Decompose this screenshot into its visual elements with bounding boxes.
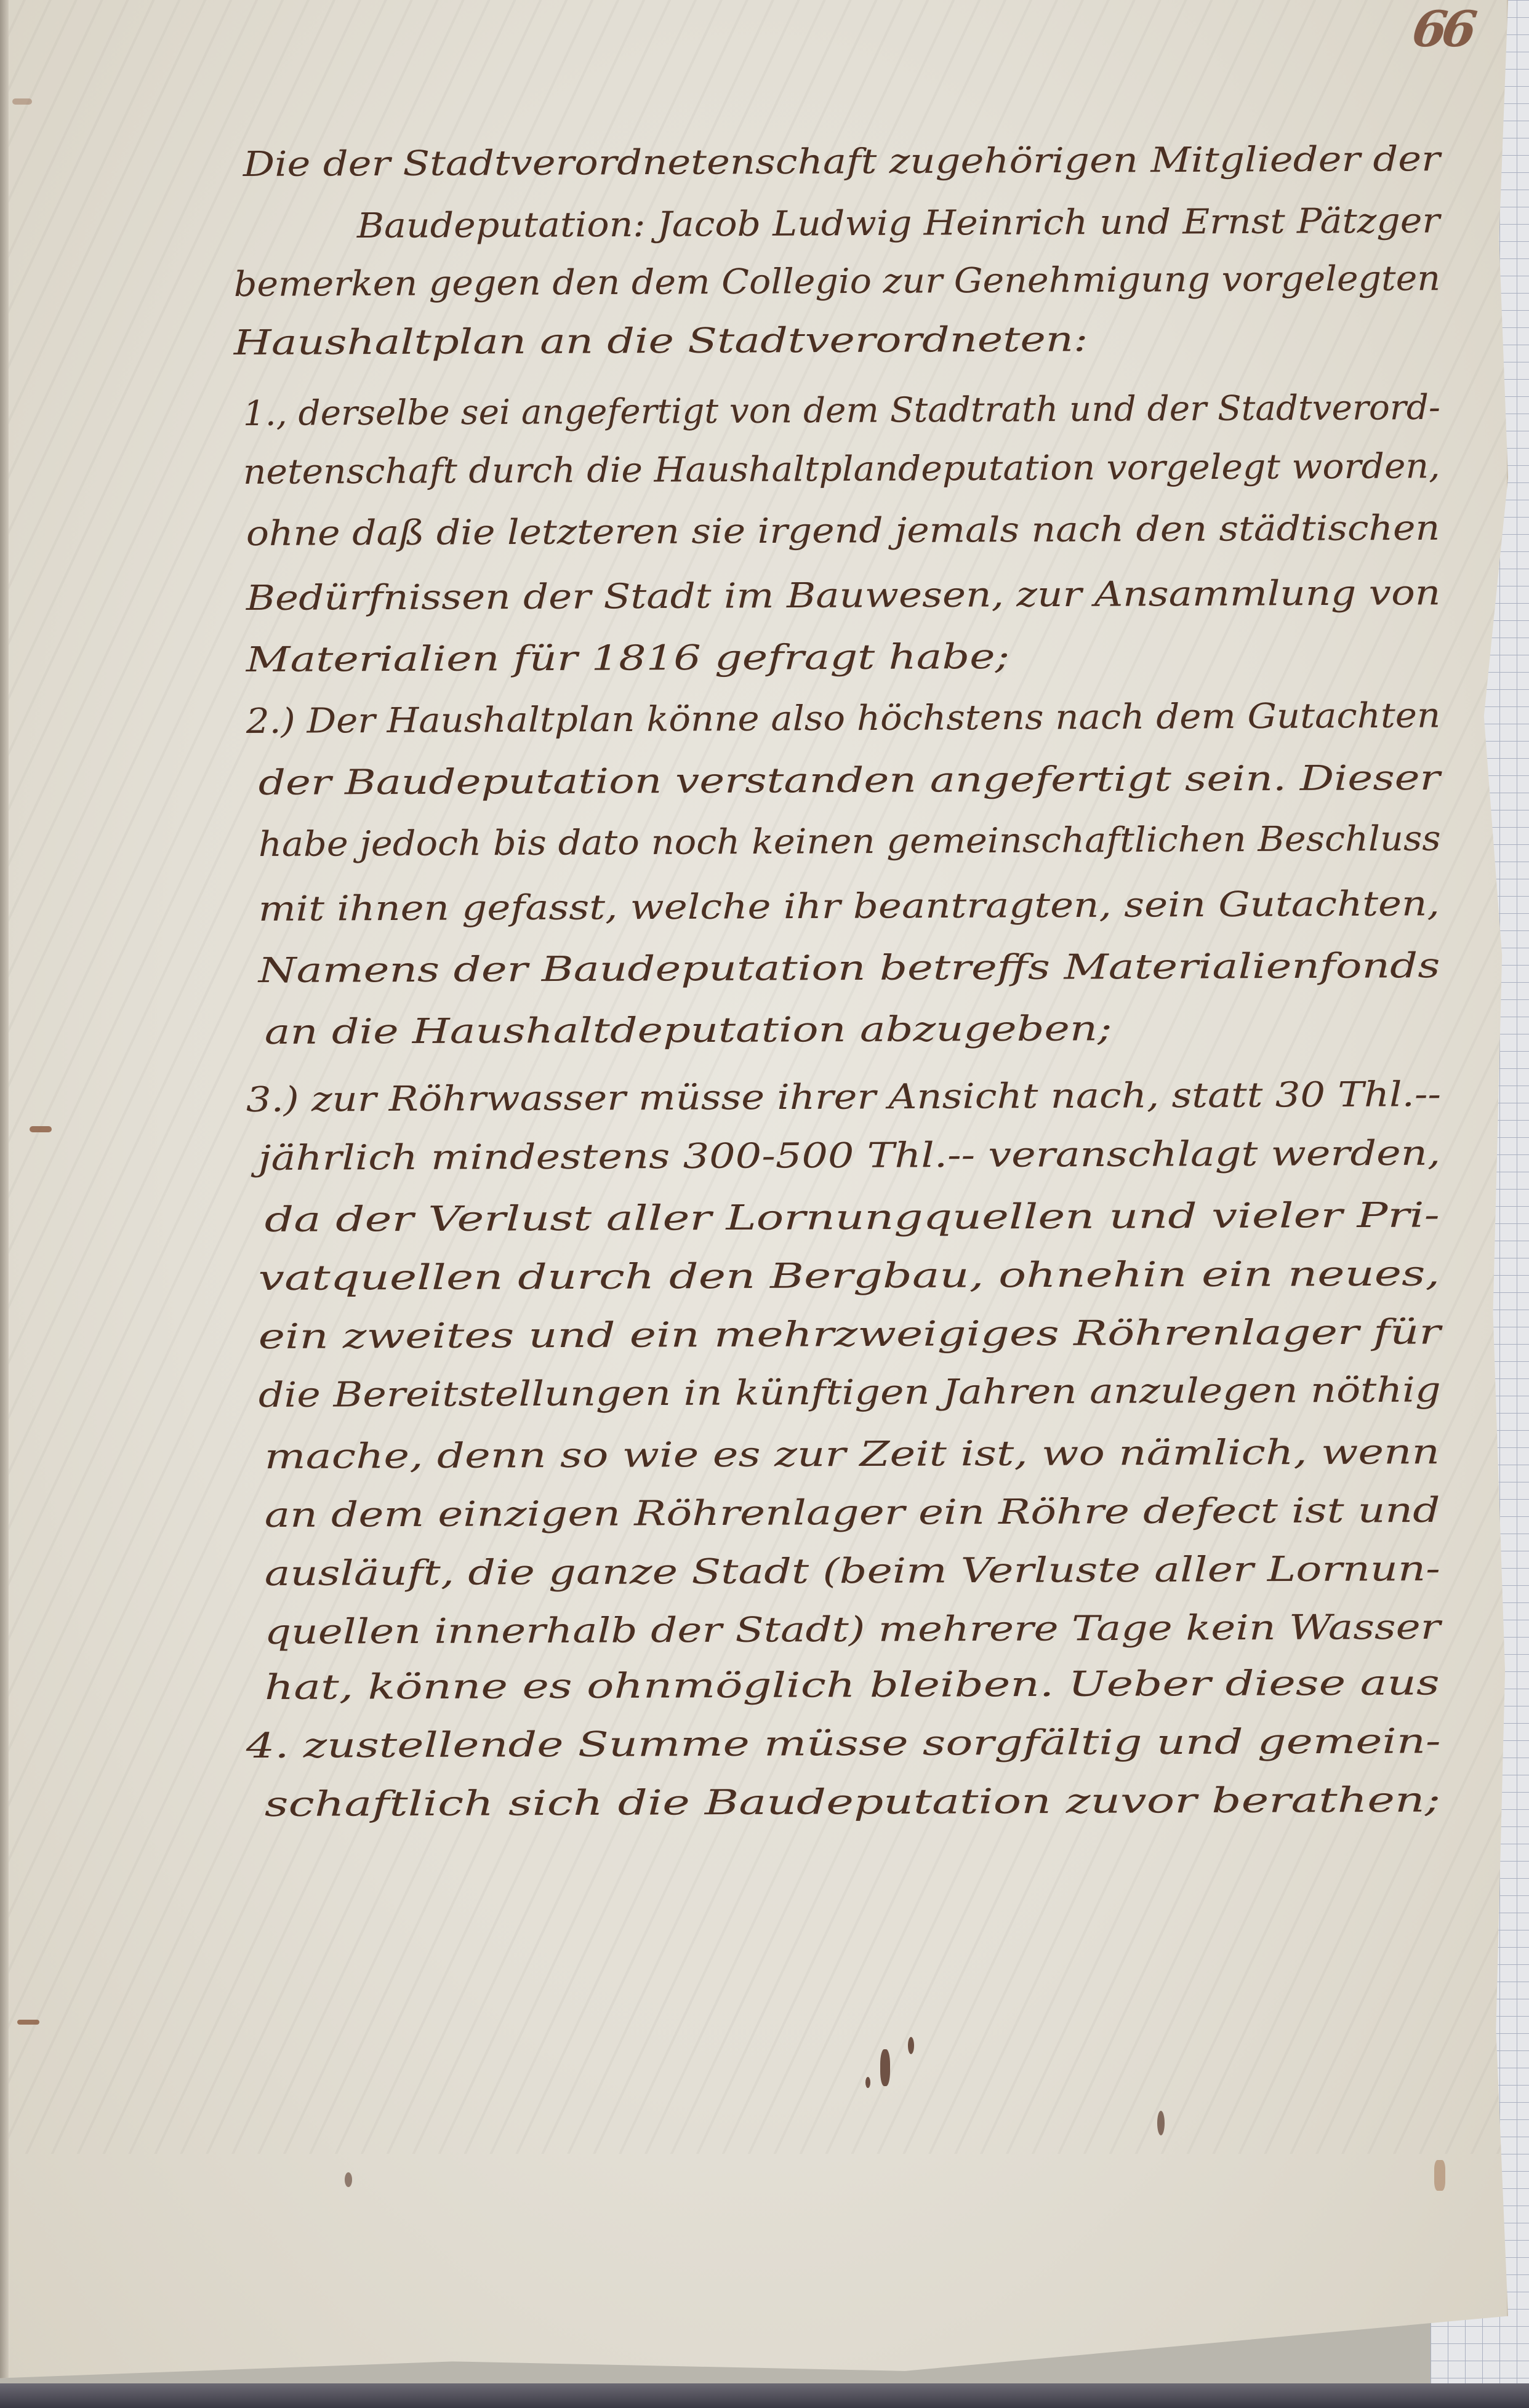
manuscript-line: jährlich mindestens 300-500 Thl.-- veran… [259,1137,1441,1176]
ink-blot [880,2049,890,2086]
manuscript-line: schaftlich sich die Baudeputation zuvor … [265,1783,1441,1822]
manuscript-line: an dem einzigen Röhrenlager ein Röhre de… [265,1494,1440,1533]
manuscript-line: vatquellen durch den Bergbau, ohnehin ei… [259,1257,1440,1296]
manuscript-line: mache, denn so wie es zur Zeit ist, wo n… [265,1435,1440,1474]
manuscript-line: ohne daß die letzteren sie irgend jemals… [246,511,1440,551]
manuscript-line: Bedürfnissen der Stadt im Bauwesen, zur … [246,576,1441,616]
manuscript-line: Die der Stadtverordnetenschaft zugehörig… [243,142,1440,182]
manuscript-line: ein zweites und ein mehrzweigiges Röhren… [259,1315,1441,1354]
manuscript-line: Namens der Baudeputation betreffs Materi… [259,949,1440,988]
manuscript-line: bemerken gegen den dem Collegio zur Gene… [234,262,1440,302]
page-bottom-shadow [0,2383,1529,2408]
page-number: 66 [1403,0,1481,58]
manuscript-line: 2.) Der Haushaltplan könne also höchsten… [246,698,1441,739]
manuscript-line: Baudeputation: Jacob Ludwig Heinrich und… [357,204,1440,244]
manuscript-line: netenschaft durch die Haushaltplandeputa… [243,449,1440,490]
manuscript-line: an die Haushaltdeputation abzugeben; [265,1012,1112,1050]
manuscript-line: 3.) zur Röhrwasser müsse ihrer Ansicht n… [246,1078,1442,1118]
manuscript-line: Haushaltplan an die Stadtverordneten: [234,322,1088,361]
manuscript-line: quellen innerhalb der Stadt) mehrere Tag… [265,1610,1441,1650]
manuscript-page: 66 Die der Stadtverordnetenschaft zugehö… [0,0,1508,2388]
binding-edge [0,0,9,2388]
manuscript-line: 4. zustellende Summe müsse sorgfältig un… [246,1724,1441,1764]
margin-ink-mark [17,2020,39,2025]
ink-blot [865,2077,870,2088]
manuscript-line: mit ihnen gefasst, welche ihr beantragte… [259,887,1440,927]
ink-blot [908,2037,914,2054]
manuscript-line: ausläuft, die ganze Stadt (beim Verluste… [265,1552,1440,1591]
manuscript-line: Materialien für 1816 gefragt habe; [246,640,1010,678]
ink-blot [1157,2111,1165,2135]
manuscript-line: da der Verlust aller Lornungquellen und … [265,1198,1440,1238]
manuscript-line: der Baudeputation verstanden angefertigt… [259,761,1440,801]
ink-blot [345,2172,352,2187]
margin-ink-mark [12,98,32,105]
manuscript-line: habe jedoch bis dato noch keinen gemeins… [259,822,1441,862]
ink-blot [1434,2160,1445,2191]
manuscript-line: die Bereitstellungen in künftigen Jahren… [259,1373,1441,1413]
manuscript-line: hat, könne es ohnmöglich bleiben. Ueber … [265,1666,1440,1705]
manuscript-line: 1., derselbe sei angefertigt von dem Sta… [243,391,1440,431]
margin-ink-mark [30,1126,52,1132]
